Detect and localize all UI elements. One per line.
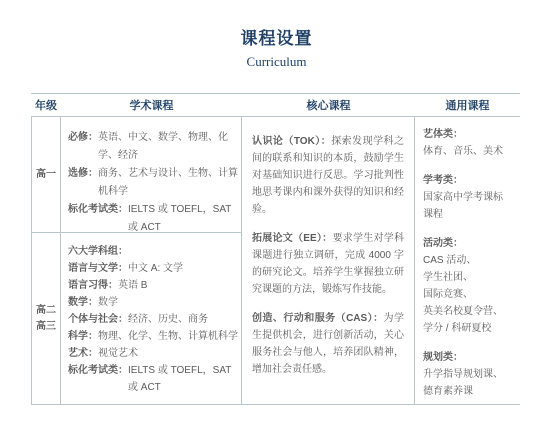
group-item: 体育、音乐、美术	[423, 143, 508, 160]
table-body: 高一 高二 高三 必修： 英语、中文、数学、物理、化学、经济 选修： 商务、艺术…	[31, 117, 520, 405]
group-label: 活动类：	[423, 235, 508, 252]
page-subtitle: Curriculum	[0, 54, 553, 70]
curriculum-table: 年级 学术课程 核心课程 通用课程 高一 高二 高三 必修： 英语、中文、数	[31, 93, 520, 405]
group-item: 国际竞赛、	[423, 286, 508, 303]
group-item: 英美名校夏令营、	[423, 303, 508, 320]
grade-label: 高三	[36, 319, 56, 335]
academic-entry-language-acquisition: 语言习得： 英语 B	[68, 277, 240, 294]
header-academic-courses: 学术课程	[61, 97, 242, 113]
academic-entry-language-literature: 语言与文学： 中文 A: 文学	[68, 260, 240, 277]
group-item: 德育素养课	[423, 383, 508, 400]
academic-column: 必修： 英语、中文、数学、物理、化学、经济 选修： 商务、艺术与设计、生物、计算…	[61, 117, 242, 404]
entry-value: 英语 B	[118, 277, 240, 294]
core-lead: 创造、行动和服务（CAS）：	[252, 313, 384, 324]
entry-label: 标化考试类：	[68, 362, 128, 396]
entry-label: 个体与社会：	[68, 311, 128, 328]
academic-entry-arts: 艺术： 视觉艺术	[68, 345, 240, 362]
group-item: 学生社团、	[423, 269, 508, 286]
page-header: 课程设置 Curriculum	[0, 24, 553, 70]
grade-cell-senior1: 高一	[32, 117, 60, 233]
table-header-row: 年级 学术课程 核心课程 通用课程	[31, 93, 520, 117]
curriculum-page: 课程设置 Curriculum 年级 学术课程 核心课程 通用课程 高一 高二 …	[0, 0, 553, 438]
grade-label: 高一	[36, 167, 56, 183]
entry-label: 数学：	[68, 294, 98, 311]
general-group-planning: 规划类： 升学指导规划课、 德育素养课	[423, 349, 508, 400]
general-group-state-exam: 学考类： 国家高中学考课标课程	[423, 172, 508, 223]
entry-value: 物理、化学、生物、计算机科学	[98, 328, 240, 345]
grade-label: 高二	[36, 303, 56, 319]
core-courses-column: 认识论（TOK）：探索发现学科之间的联系和知识的本质，鼓励学生对基础知识进行反思…	[242, 117, 415, 404]
entry-label: 艺术：	[68, 345, 98, 362]
header-grade: 年级	[31, 97, 61, 113]
header-core-courses: 核心课程	[242, 97, 415, 113]
group-item: CAS 活动、	[423, 252, 508, 269]
core-paragraph-tok: 认识论（TOK）：探索发现学科之间的联系和知识的本质，鼓励学生对基础知识进行反思…	[252, 133, 404, 218]
academic-entry-math: 数学： 数学	[68, 294, 240, 311]
group-label: 艺体类：	[423, 126, 508, 143]
entry-value: 中文 A: 文学	[128, 260, 240, 277]
entry-value: 视觉艺术	[98, 345, 240, 362]
header-general-courses: 通用课程	[415, 97, 520, 113]
academic-entry-standardized-tests: 标化考试类： IELTS 或 TOEFL，SAT 或 ACT	[68, 362, 240, 396]
academic-entry-standardized-tests: 标化考试类： IELTS 或 TOEFL，SAT 或 ACT	[68, 201, 240, 237]
group-item: 国家高中学考课标课程	[423, 189, 508, 223]
entry-value: 英语、中文、数学、物理、化学、经济	[98, 129, 240, 165]
academic-entry-sciences: 科学： 物理、化学、生物、计算机科学	[68, 328, 240, 345]
entry-label: 选修：	[68, 165, 98, 201]
academic-cell-senior1: 必修： 英语、中文、数学、物理、化学、经济 选修： 商务、艺术与设计、生物、计算…	[61, 117, 241, 233]
academic-cell-senior2-3: 六大学科组： 语言与文学： 中文 A: 文学 语言习得： 英语 B 数学： 数学	[61, 233, 241, 404]
group-label: 学考类：	[423, 172, 508, 189]
entry-label: 科学：	[68, 328, 98, 345]
entry-label: 语言习得：	[68, 277, 118, 294]
group-item: 学分 / 科研夏校	[423, 320, 508, 337]
grade-column: 高一 高二 高三	[31, 117, 61, 404]
general-courses-column: 艺体类： 体育、音乐、美术 学考类： 国家高中学考课标课程 活动类： CAS 活…	[415, 117, 520, 404]
core-lead: 认识论（TOK）：	[252, 136, 331, 147]
page-title: 课程设置	[0, 24, 553, 49]
group-item: 升学指导规划课、	[423, 366, 508, 383]
grade-cell-senior2-3: 高二 高三	[32, 233, 60, 404]
entry-label: 必修：	[68, 129, 98, 165]
group-label: 规划类：	[423, 349, 508, 366]
academic-entry-required: 必修： 英语、中文、数学、物理、化学、经济	[68, 129, 240, 165]
core-paragraph-ee: 拓展论文（EE）：要求学生对学科课题进行独立调研，完成 4000 字的研究论文。…	[252, 230, 404, 298]
core-paragraph-cas: 创造、行动和服务（CAS）：为学生提供机会，进行创新活动，关心服务社会与他人，培…	[252, 310, 404, 378]
entry-value: IELTS 或 TOEFL，SAT 或 ACT	[128, 201, 240, 237]
core-lead: 拓展论文（EE）：	[252, 233, 332, 244]
six-subject-groups-title: 六大学科组：	[68, 243, 240, 260]
entry-value: 数学	[98, 294, 240, 311]
entry-label: 语言与文学：	[68, 260, 128, 277]
entry-value: IELTS 或 TOEFL，SAT 或 ACT	[128, 362, 240, 396]
academic-entry-elective: 选修： 商务、艺术与设计、生物、计算机科学	[68, 165, 240, 201]
entry-label: 标化考试类：	[68, 201, 128, 237]
core-text: 探索发现学科之间的联系和知识的本质，鼓励学生对基础知识进行反思。学习批判性地思考…	[252, 136, 404, 215]
entry-value: 经济、历史、商务	[128, 311, 240, 328]
general-group-activities: 活动类： CAS 活动、 学生社团、 国际竞赛、 英美名校夏令营、 学分 / 科…	[423, 235, 508, 337]
entry-value: 商务、艺术与设计、生物、计算机科学	[98, 165, 240, 201]
general-group-arts-pe: 艺体类： 体育、音乐、美术	[423, 126, 508, 160]
academic-entry-individuals-societies: 个体与社会： 经济、历史、商务	[68, 311, 240, 328]
